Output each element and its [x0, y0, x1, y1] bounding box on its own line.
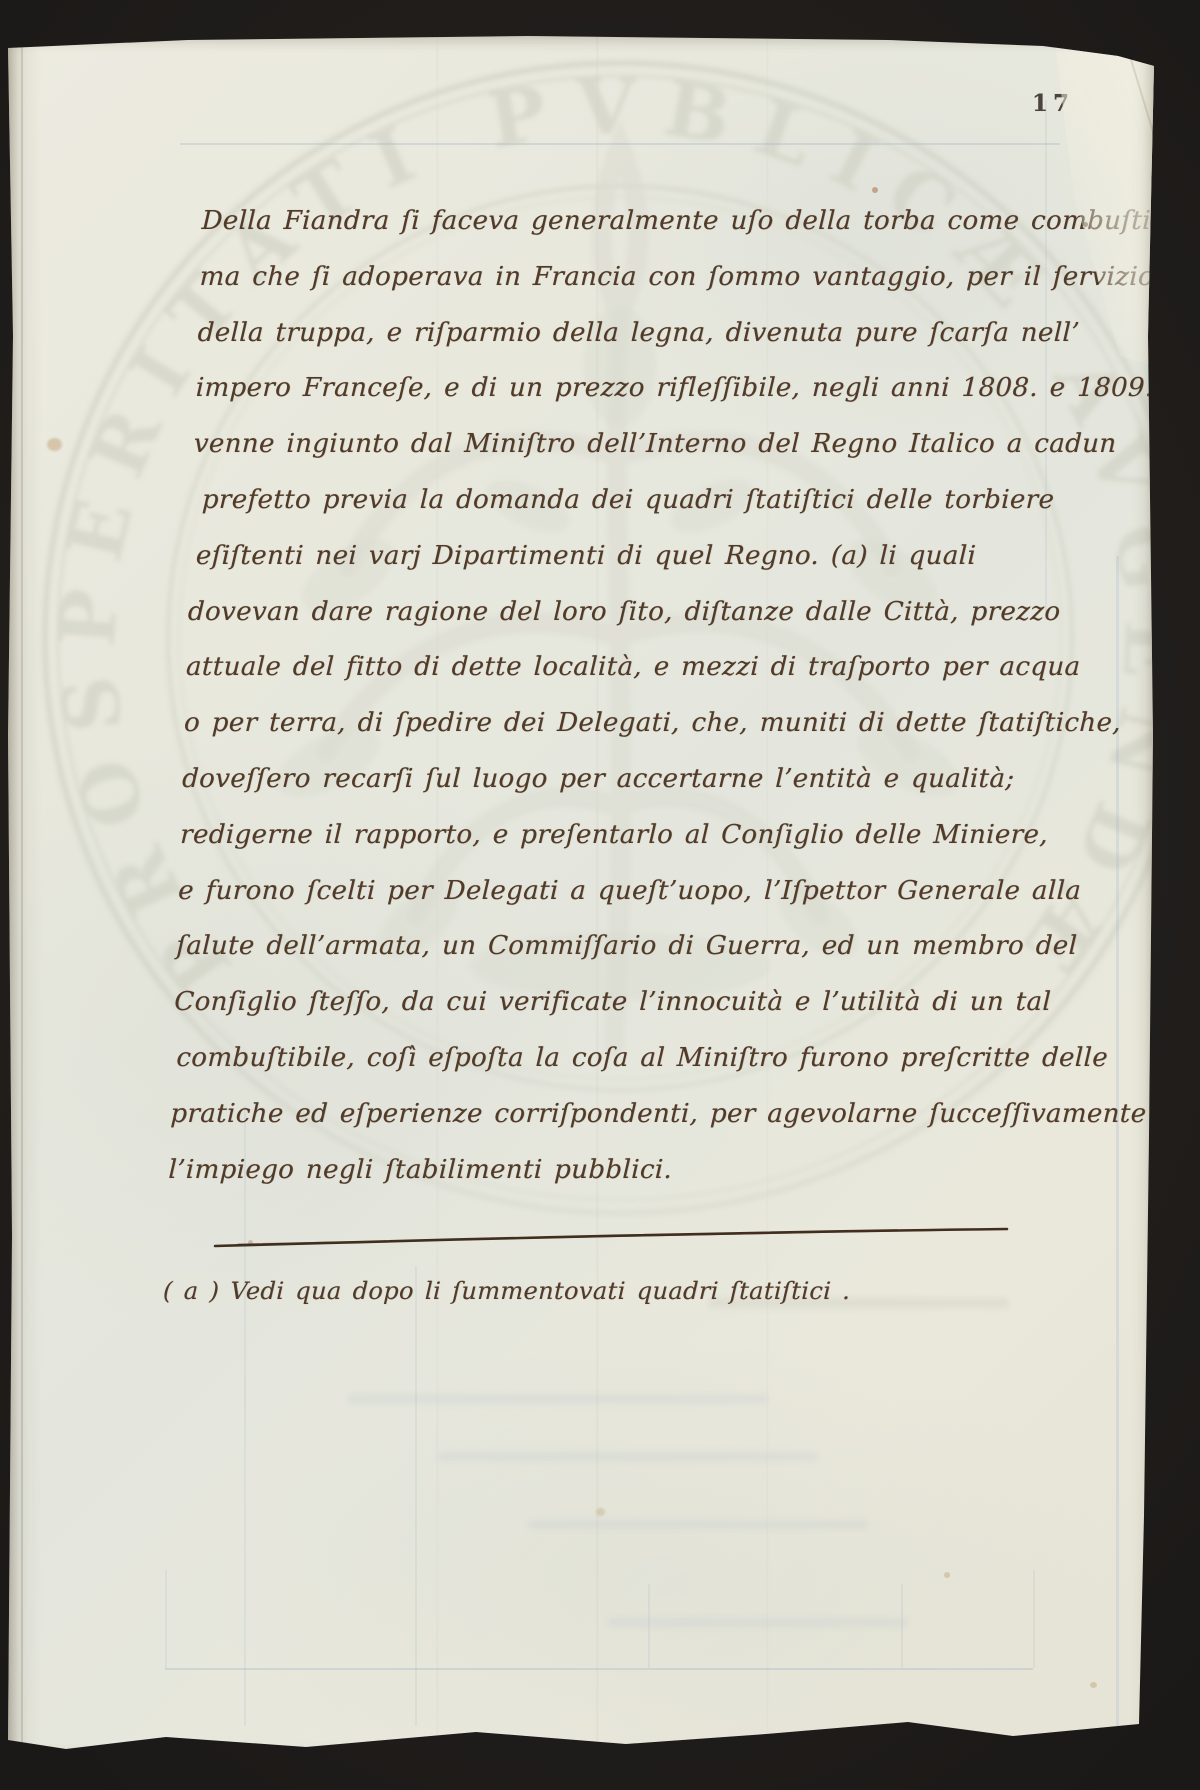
- binding-crease: [8, 36, 42, 1758]
- foxing-spot: [596, 1508, 605, 1516]
- manuscript-line: pratiche ed eſperienze corriſpondenti, p…: [169, 1087, 1031, 1143]
- manuscript-line: l’impiego negli ſtabilimenti pubblici.: [167, 1143, 1029, 1199]
- showthrough-smudge: [348, 1394, 768, 1404]
- showthrough-smudge: [528, 1520, 868, 1529]
- manuscript-line: attuale del fitto di dette località, e m…: [185, 640, 1047, 696]
- showthrough-table-hline: [165, 1668, 1033, 1670]
- showthrough-table-vline: [1033, 1570, 1035, 1668]
- showthrough-hline-top: [180, 143, 1060, 145]
- manuscript-line: Della Fiandra ſi faceva generalmente uſo…: [201, 194, 1063, 250]
- manuscript-line: ma che ſi adoperava in Francia con ſommo…: [199, 250, 1061, 306]
- manuscript-text: Della Fiandra ſi faceva generalmente uſo…: [167, 194, 1062, 1198]
- manuscript-line: impero Franceſe, e di un prezzo rifleſſi…: [195, 361, 1057, 417]
- showthrough-table-vline: [165, 1570, 167, 1668]
- showthrough-vline: [415, 1266, 417, 1726]
- scan-background: { "page": { "number": "17" }, "manuscrip…: [0, 0, 1200, 1790]
- manuscript-line: doveſſero recarſi ſul luogo per accertar…: [181, 752, 1043, 808]
- footnote: ( a ) Vedi qua dopo li ſummentovati quad…: [162, 1276, 850, 1306]
- binding-crease-line: [21, 36, 23, 1758]
- manuscript-line: prefetto previa la domanda dei quadri ſt…: [191, 473, 1053, 529]
- foxing-spot: [944, 1572, 950, 1578]
- manuscript-line: combuſtibile, coſì eſpoſta la coſa al Mi…: [171, 1031, 1033, 1087]
- manuscript-line: eſiſtenti nei varj Dipartimenti di quel …: [189, 529, 1051, 585]
- foxing-spot: [47, 438, 62, 451]
- manuscript-line: e furono ſcelti per Delegati a queſt’uop…: [177, 864, 1039, 920]
- manuscript-line: venne ingiunto dal Miniſtro dell’Interno…: [193, 417, 1055, 473]
- foxing-spot: [248, 1240, 253, 1245]
- foxing-spot: [1090, 1682, 1097, 1688]
- manuscript-line: redigerne il rapporto, e preſentarlo al …: [179, 808, 1041, 864]
- manuscript-line: ſalute dell’armata, un Commiſſario di Gu…: [175, 919, 1037, 975]
- manuscript-page: PROSPERITATI PVBLICÆ AVGENDÆ: [8, 36, 1154, 1758]
- manuscript-line: Conſiglio ſteſſo, da cui verificate l’in…: [173, 975, 1035, 1031]
- foxing-spot: [872, 187, 878, 193]
- manuscript-line: o per terra, di ſpedire dei Delegati, ch…: [183, 696, 1045, 752]
- manuscript-line: dovevan dare ragione del loro ſito, diſt…: [187, 585, 1049, 641]
- showthrough-smudge: [608, 1618, 908, 1627]
- showthrough-vline: [244, 1106, 246, 1726]
- manuscript-line: della truppa, e riſparmio della legna, d…: [197, 306, 1059, 362]
- showthrough-smudge: [438, 1452, 818, 1461]
